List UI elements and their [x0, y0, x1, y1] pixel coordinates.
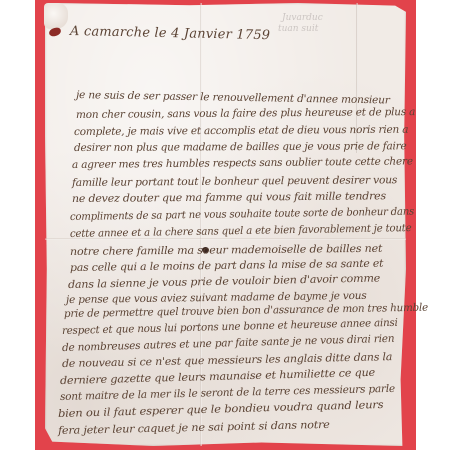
torn-corner: [44, 3, 68, 29]
bleed-through-text: Juvarduc: [282, 13, 323, 23]
letter-line: desirer non plus que madame de bailles q…: [74, 140, 407, 154]
bleed-through-text: tuan suit: [278, 24, 318, 34]
letter-line: complete, je mais vive et accomplis etat…: [74, 124, 408, 138]
